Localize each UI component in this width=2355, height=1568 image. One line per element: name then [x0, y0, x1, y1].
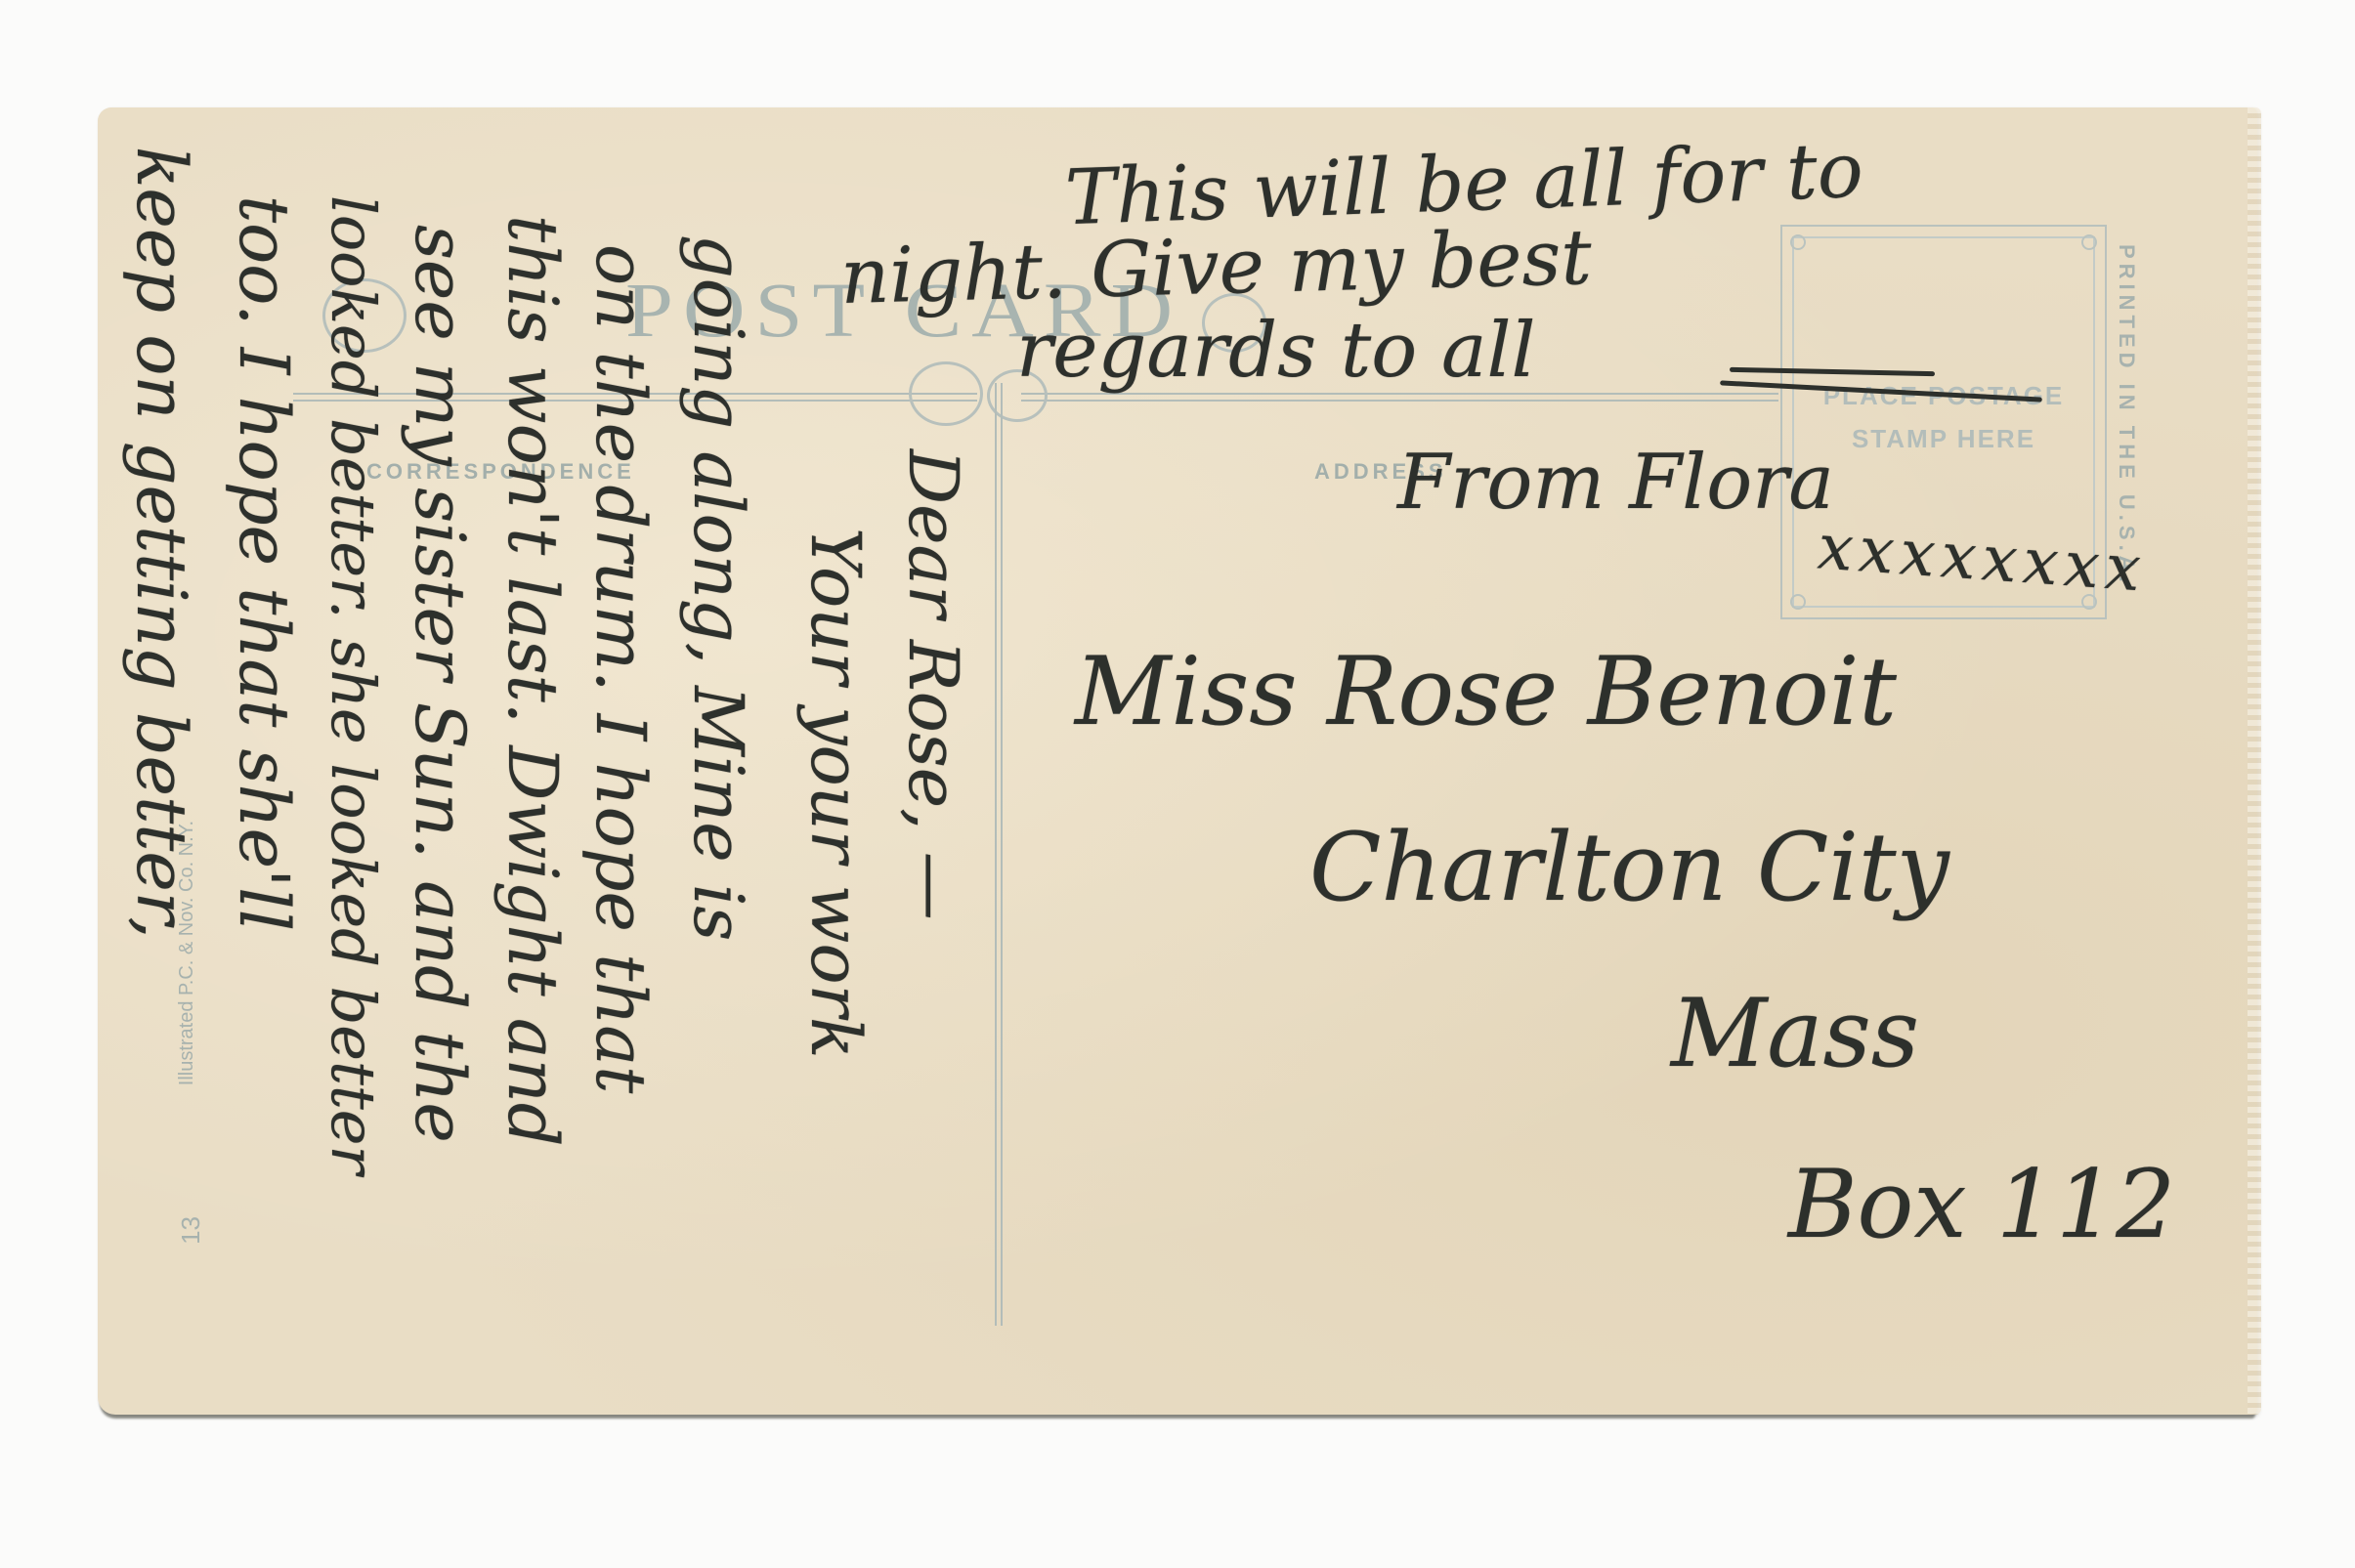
- left-message-line: this won't last. Dwight and: [498, 215, 567, 1147]
- torn-right-edge: [2248, 107, 2261, 1415]
- address-city: Charlton City: [1309, 821, 1949, 914]
- left-message-line: going along, Mine is: [684, 234, 752, 941]
- message-line-3: regards to all: [1016, 313, 1535, 389]
- left-message-line: Dear Rose, —: [899, 449, 967, 920]
- corner-ornament-icon: [2081, 234, 2097, 250]
- left-message-line: looked better. she looked better: [322, 195, 383, 1174]
- left-message-line: too. I hope that she'll: [230, 195, 298, 931]
- message-line-2: night. Give my best: [839, 220, 1593, 316]
- corner-ornament-icon: [1790, 234, 1806, 250]
- serial-number: 13: [176, 1216, 206, 1245]
- closing-signature: From Flora: [1397, 445, 1834, 521]
- center-divider: [995, 383, 1003, 1326]
- address-state: Mass: [1671, 987, 1919, 1081]
- address-name: Miss Rose Benoit: [1075, 645, 1897, 739]
- left-message-line: keep on getting better,: [127, 147, 195, 939]
- corner-ornament-icon: [1790, 594, 1806, 610]
- scroll-ornament-icon: [909, 361, 983, 426]
- left-message-line: see my sister Sun. and the: [406, 225, 474, 1143]
- address-box: Box 112: [1788, 1158, 2175, 1251]
- left-message-line: Your your work: [801, 528, 870, 1059]
- left-message-line: on the drum. I hope that: [586, 244, 655, 1093]
